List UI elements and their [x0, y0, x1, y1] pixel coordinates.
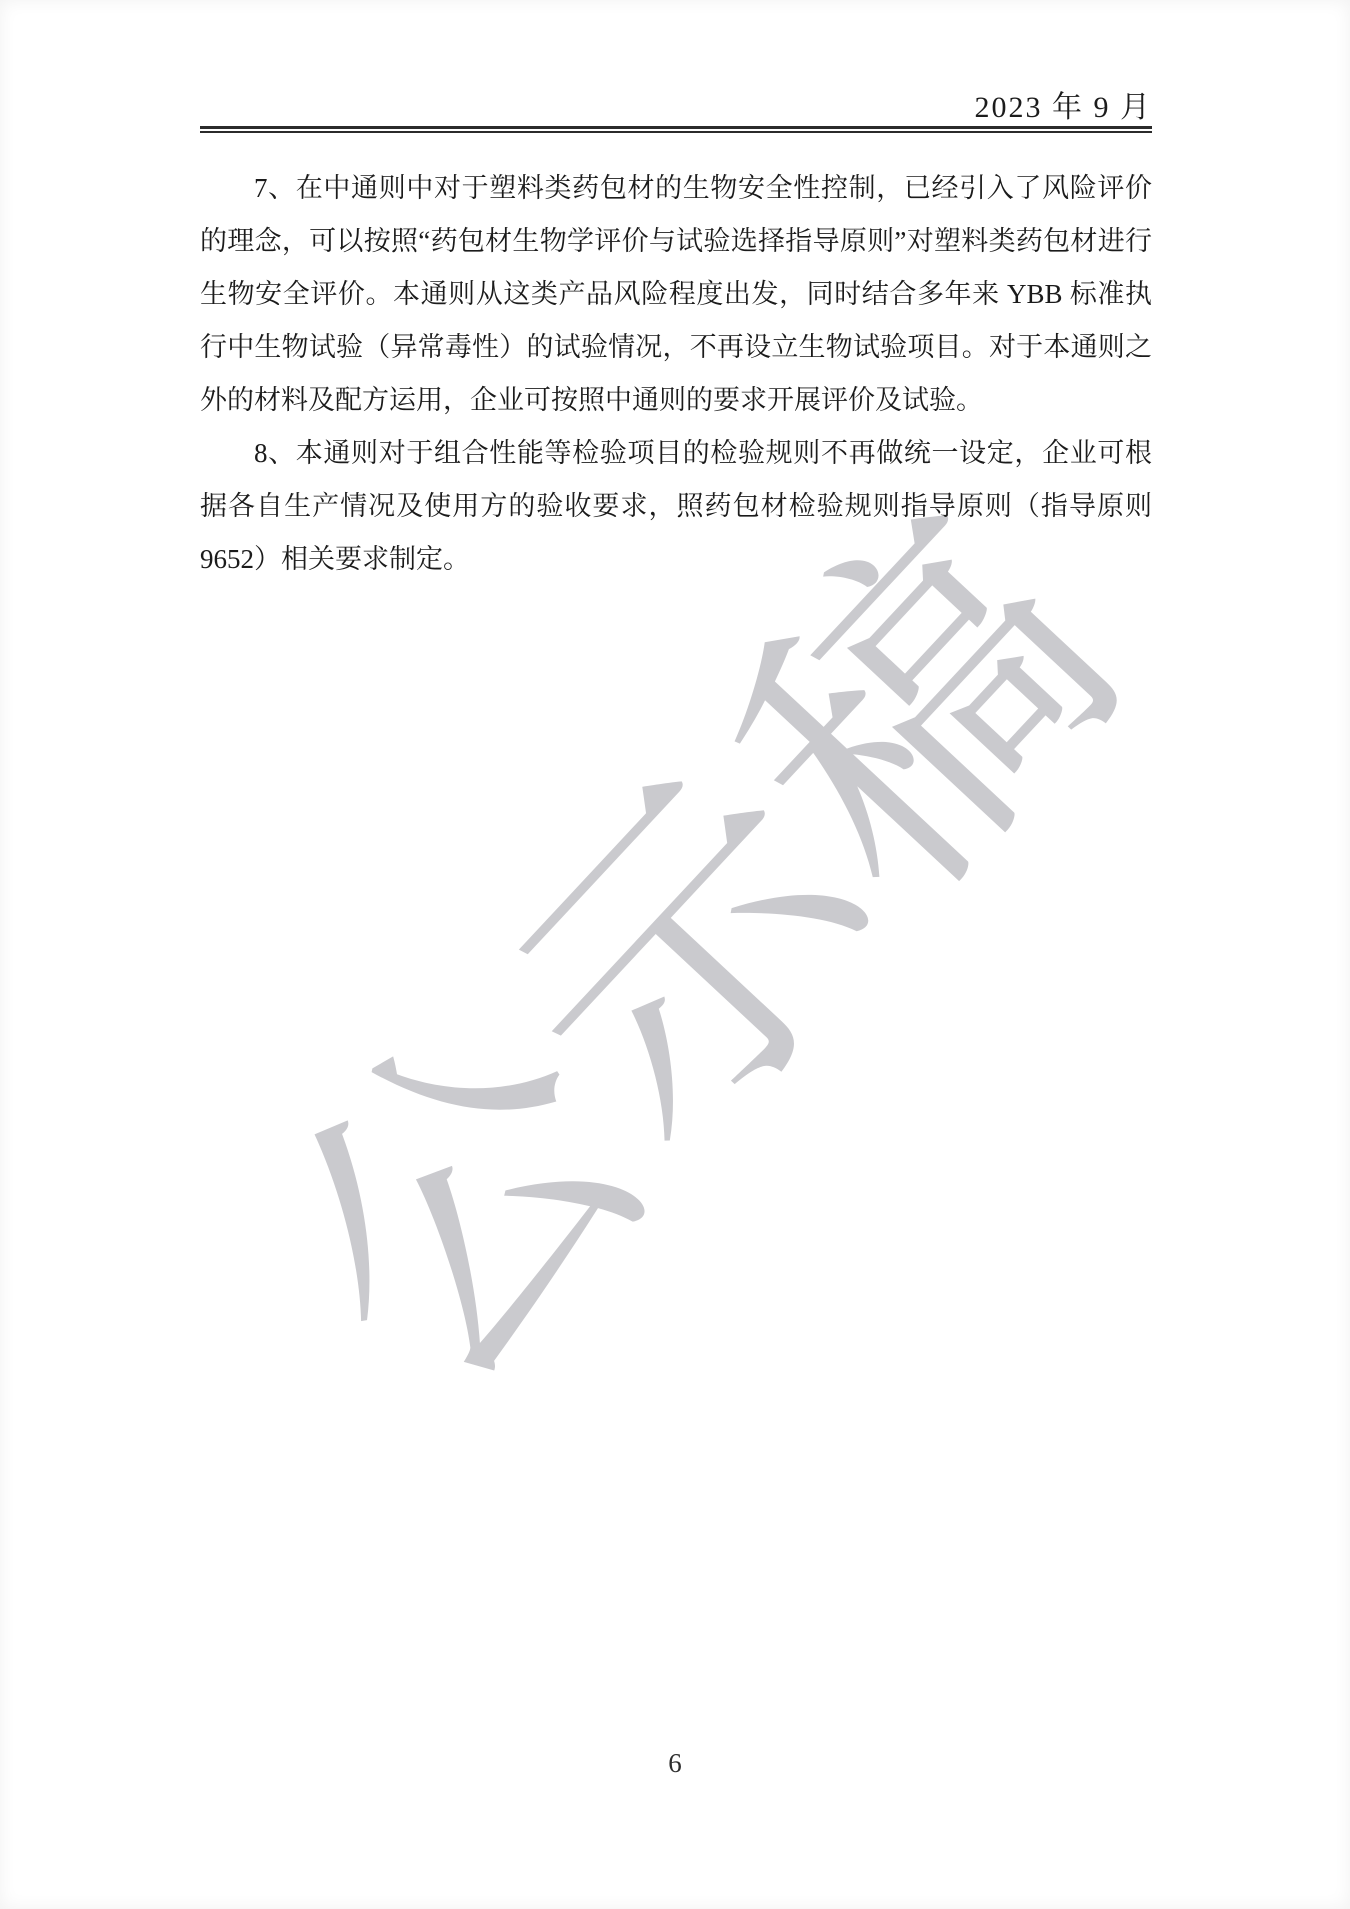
- header-date: 2023 年 9 月: [200, 92, 1152, 124]
- paragraph-7: 7、在中通则中对于塑料类药包材的生物安全性控制，已经引入了风险评价的理念，可以按…: [200, 162, 1152, 427]
- document-body: 7、在中通则中对于塑料类药包材的生物安全性控制，已经引入了风险评价的理念，可以按…: [200, 162, 1152, 586]
- paragraph-8: 8、本通则对于组合性能等检验项目的检验规则不再做统一设定，企业可根据各自生产情况…: [200, 427, 1152, 586]
- page-number: 6: [0, 1748, 1350, 1779]
- header-rule: [200, 126, 1152, 133]
- document-page: 2023 年 9 月 公示稿 7、在中通则中对于塑料类药包材的生物安全性控制，已…: [0, 0, 1350, 1909]
